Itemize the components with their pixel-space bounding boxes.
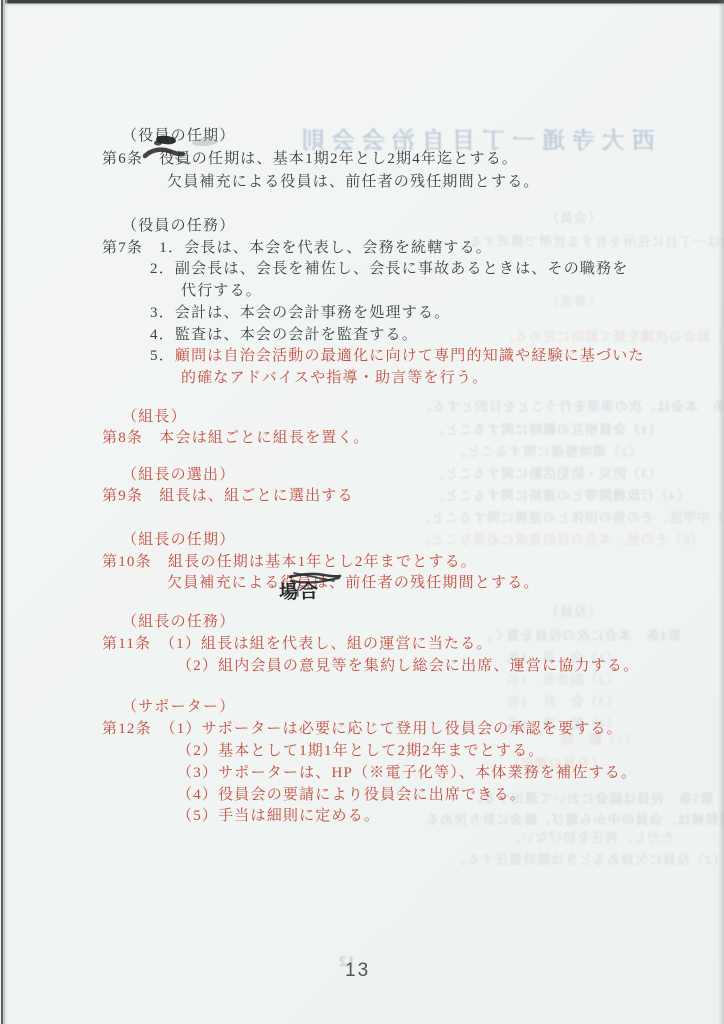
ink-blot-small (154, 141, 162, 146)
scan-edge-top (0, 0, 724, 7)
pen-scribble (145, 150, 183, 156)
scan-edge-left (0, 0, 8, 1024)
pen-scribble-tail (176, 158, 190, 163)
gray-smear (192, 137, 218, 147)
scan-edge-right (718, 0, 724, 1024)
ink-marks-layer (0, 0, 724, 1024)
page-number: 13 (345, 961, 370, 980)
handwritten-correction: 場合 (279, 582, 320, 602)
scanned-document-page: 西大寺通一丁目自治会会則（会員）第2条 本会は一丁目に住所を有する世帯で構成する… (0, 0, 724, 1024)
